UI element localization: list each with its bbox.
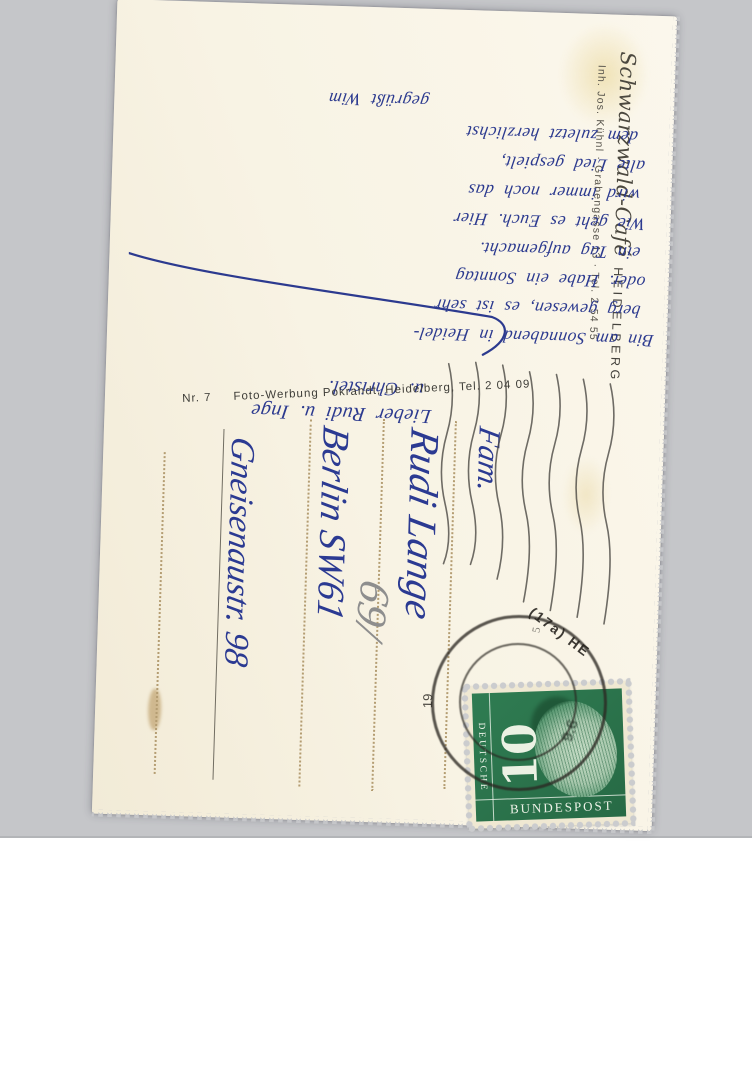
postmark-side-text: 19 [420, 694, 435, 709]
credit-number: Nr. 7 [182, 392, 212, 405]
postmark-inner-ring [459, 643, 577, 761]
scanned-postcard-image: Schwarzwald-CaféHEIDELBERG Inh. Jos. Küh… [0, 0, 752, 1072]
stamp-country-word-bottom: BUNDESPOST [498, 797, 626, 817]
address-line-street: Gneisenaustr. 98 [216, 434, 261, 670]
pencil-annotation: 69/ [344, 575, 401, 646]
